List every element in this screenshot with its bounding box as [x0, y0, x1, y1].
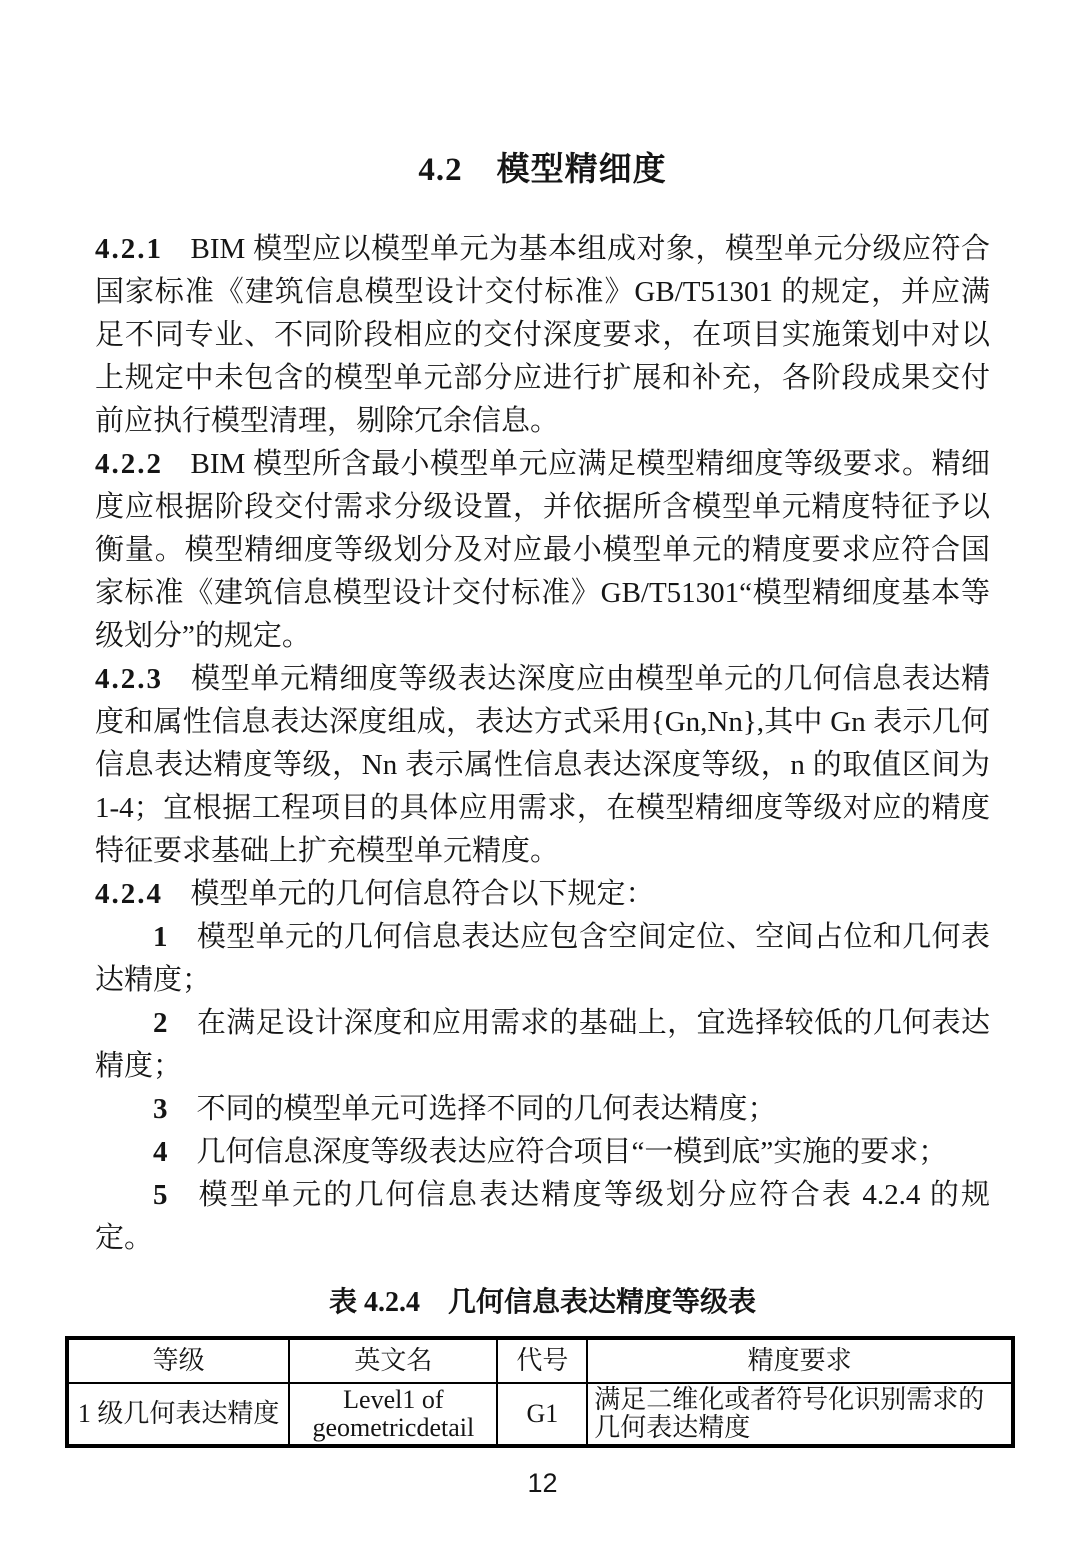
list-item-number: 1 [153, 921, 168, 953]
document-page: 4.2 模型精细度 4.2.1BIM 模型应以模型单元为基本组成对象，模型单元分… [0, 0, 1080, 1565]
header-english-name: 英文名 [289, 1338, 497, 1383]
table-header-row: 等级 英文名 代号 精度要求 [67, 1338, 1013, 1383]
clause-number: 4.2.3 [95, 663, 163, 695]
cell-code: G1 [497, 1383, 587, 1446]
paragraph-4-2-4: 4.2.4模型单元的几何信息符合以下规定： [95, 873, 990, 916]
paragraph-4-2-2: 4.2.2BIM 模型所含最小模型单元应满足模型精细度等级要求。精细度应根据阶段… [95, 443, 990, 658]
cell-requirement: 满足二维化或者符号化识别需求的几何表达精度 [587, 1383, 1013, 1446]
header-code: 代号 [497, 1338, 587, 1383]
section-title: 4.2 模型精细度 [95, 150, 990, 190]
clause-number: 4.2.1 [95, 233, 163, 265]
paragraph-4-2-1: 4.2.1BIM 模型应以模型单元为基本组成对象，模型单元分级应符合国家标准《建… [95, 228, 990, 443]
list-item-number: 2 [153, 1007, 168, 1039]
list-item-number: 5 [153, 1179, 168, 1211]
list-item-number: 4 [153, 1136, 168, 1168]
table-caption: 表 4.2.4 几何信息表达精度等级表 [95, 1286, 990, 1320]
precision-grade-table: 等级 英文名 代号 精度要求 1 级几何表达精度 Level1 of geome… [65, 1336, 1015, 1448]
page-content: 4.2 模型精细度 4.2.1BIM 模型应以模型单元为基本组成对象，模型单元分… [0, 0, 1080, 1499]
list-item-text: 模型单元的几何信息表达精度等级划分应符合表 4.2.4 的规定。 [95, 1179, 990, 1254]
header-level: 等级 [67, 1338, 289, 1383]
list-item-text: 几何信息深度等级表达应符合项目“一模到底”实施的要求； [197, 1136, 948, 1168]
list-item-number: 3 [153, 1093, 168, 1125]
clause-text: 模型单元精细度等级表达深度应由模型单元的几何信息表达精度和属性信息表达深度组成，… [95, 663, 990, 867]
list-item-text: 模型单元的几何信息表达应包含空间定位、空间占位和几何表达精度； [95, 921, 990, 996]
list-item-2: 2在满足设计深度和应用需求的基础上，宜选择较低的几何表达精度； [95, 1002, 990, 1088]
list-item-text: 不同的模型单元可选择不同的几何表达精度； [197, 1093, 777, 1125]
table-row: 1 级几何表达精度 Level1 of geometricdetail G1 满… [67, 1383, 1013, 1446]
header-requirement: 精度要求 [587, 1338, 1013, 1383]
paragraph-4-2-3: 4.2.3模型单元精细度等级表达深度应由模型单元的几何信息表达精度和属性信息表达… [95, 658, 990, 873]
clause-number: 4.2.2 [95, 448, 163, 480]
page-number: 12 [95, 1468, 990, 1499]
list-item-4: 4几何信息深度等级表达应符合项目“一模到底”实施的要求； [95, 1131, 990, 1174]
clause-text: BIM 模型应以模型单元为基本组成对象，模型单元分级应符合国家标准《建筑信息模型… [95, 233, 990, 437]
list-item-3: 3不同的模型单元可选择不同的几何表达精度； [95, 1088, 990, 1131]
clause-text: 模型单元的几何信息符合以下规定： [191, 878, 655, 910]
cell-level: 1 级几何表达精度 [67, 1383, 289, 1446]
list-item-text: 在满足设计深度和应用需求的基础上，宜选择较低的几何表达精度； [95, 1007, 990, 1082]
list-item-1: 1模型单元的几何信息表达应包含空间定位、空间占位和几何表达精度； [95, 916, 990, 1002]
clause-text: BIM 模型所含最小模型单元应满足模型精细度等级要求。精细度应根据阶段交付需求分… [95, 448, 990, 652]
clause-number: 4.2.4 [95, 878, 163, 910]
cell-english-name: Level1 of geometricdetail [289, 1383, 497, 1446]
list-item-5: 5模型单元的几何信息表达精度等级划分应符合表 4.2.4 的规定。 [95, 1174, 990, 1260]
